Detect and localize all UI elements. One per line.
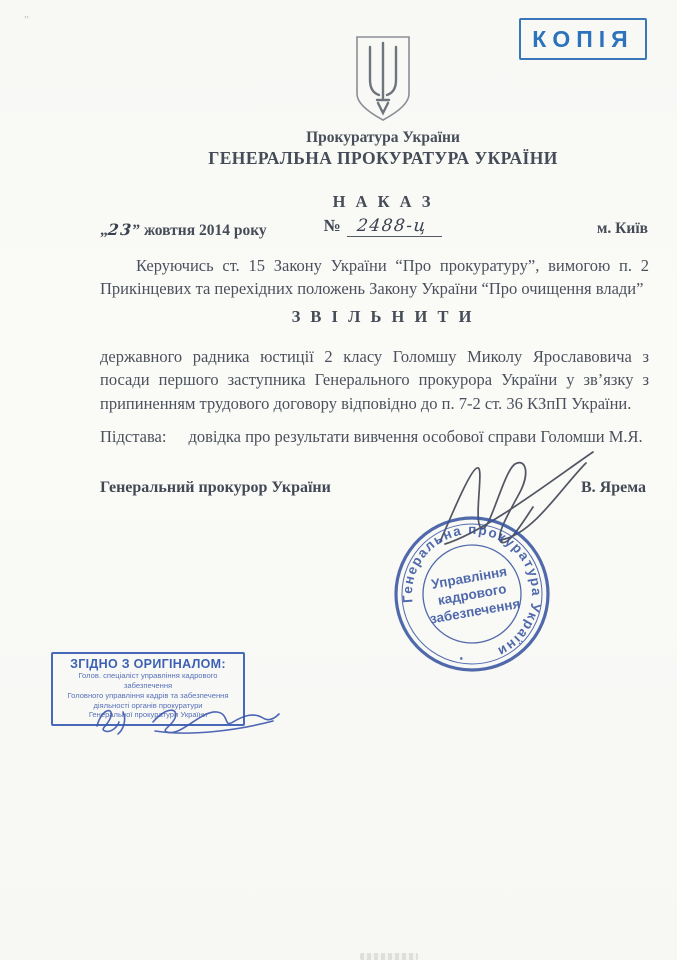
stamp-ring-dot: · xyxy=(458,650,466,668)
trident-emblem-icon xyxy=(350,34,416,127)
order-title: Н А К А З xyxy=(89,192,677,212)
date-line: „23” жовтня 2014 року м. Київ xyxy=(100,220,648,240)
org-name-small: Прокуратура України xyxy=(89,129,677,147)
round-stamp: Генеральна прокуратура України · Управлі… xyxy=(382,504,562,689)
paragraph-dismissal: державного радника юстиції 2 класу Голом… xyxy=(100,345,649,415)
clerk-signature xyxy=(75,698,285,748)
paragraph-legal-basis: Керуючись ст. 15 Закону України “Про про… xyxy=(100,254,649,301)
city-label: м. Київ xyxy=(597,220,648,240)
scan-artifact: „ xyxy=(24,8,29,20)
signatory-position: Генеральний прокурор України xyxy=(100,479,331,497)
dismiss-heading: З В І Л Ь Н И Т И xyxy=(89,307,677,327)
handwritten-day: 23 xyxy=(107,220,134,239)
bottom-cutoff-text-fragment xyxy=(360,953,418,960)
basis-label: Підстава: xyxy=(100,427,166,446)
org-name-main: ГЕНЕРАЛЬНА ПРОКУРАТУРА УКРАЇНИ xyxy=(89,148,677,169)
scanned-order-document: „ КОПІЯ Прокуратура України ГЕНЕРАЛЬНА П… xyxy=(0,0,677,960)
document-header: Прокуратура України ГЕНЕРАЛЬНА ПРОКУРАТУ… xyxy=(89,0,677,236)
certify-stamp-line: Голов. спеціаліст управління кадрового з… xyxy=(55,671,241,691)
date-text: „23” жовтня 2014 року xyxy=(100,220,267,240)
certify-stamp-title: ЗГІДНО З ОРИГІНАЛОМ: xyxy=(55,657,241,671)
